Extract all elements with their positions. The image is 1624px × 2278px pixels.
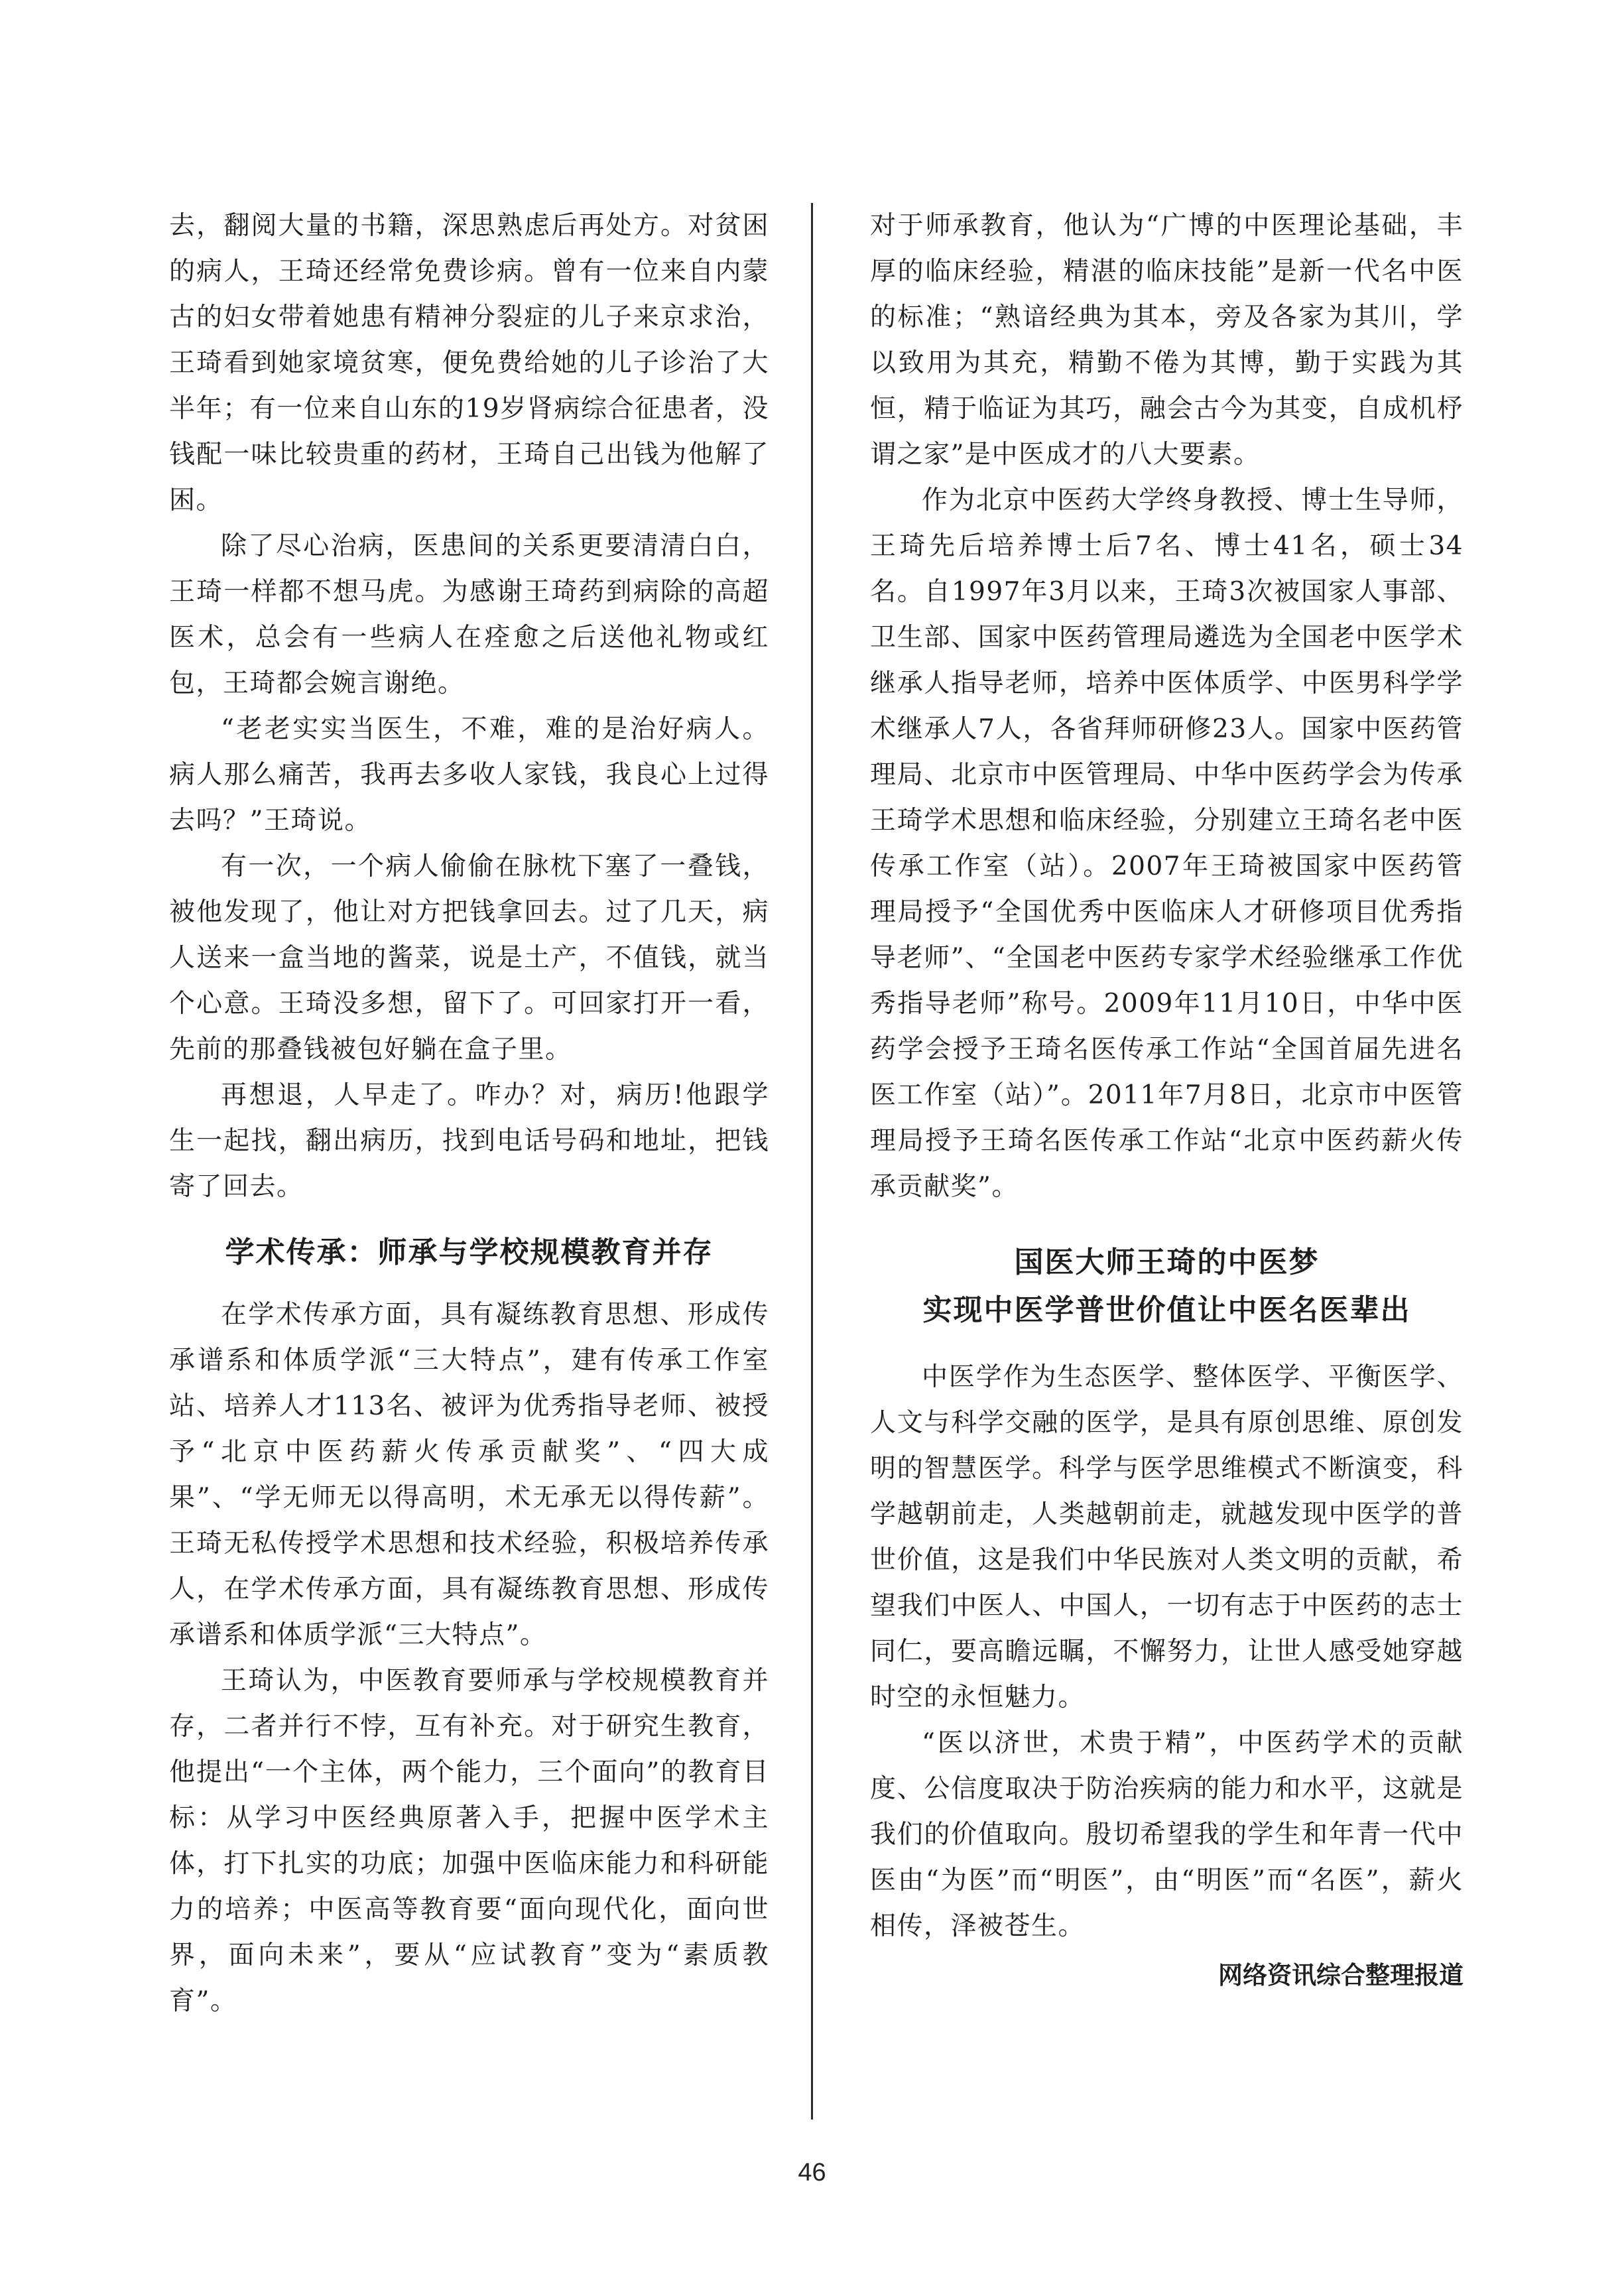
article-title-line1: 国医大师王琦的中医梦 bbox=[870, 1239, 1464, 1287]
right-column: 对于师承教育，他认为“广博的中医理论基础，丰厚的临床经验，精湛的临床技能”是新一… bbox=[870, 203, 1464, 1995]
paragraph: 作为北京中医药大学终身教授、博士生导师，王琦先后培养博士后7名、博士41名，硕士… bbox=[870, 477, 1464, 1210]
paragraph: 中医学作为生态医学、整体医学、平衡医学、人文与科学交融的医学，是具有原创思维、原… bbox=[870, 1354, 1464, 1720]
article-title: 国医大师王琦的中医梦 实现中医学普世价值让中医名医辈出 bbox=[870, 1239, 1464, 1334]
paragraph: 对于师承教育，他认为“广博的中医理论基础，丰厚的临床经验，精湛的临床技能”是新一… bbox=[870, 203, 1464, 477]
paragraph: 王琦认为，中医教育要师承与学校规模教育并存，二者并行不悖，互有补充。对于研究生教… bbox=[169, 1658, 769, 2024]
column-divider bbox=[811, 203, 813, 2120]
section-heading: 学术传承：师承与学校规模教育并存 bbox=[169, 1230, 769, 1276]
byline: 网络资讯综合整理报道 bbox=[870, 1956, 1464, 1995]
article-title-line2: 实现中医学普世价值让中医名医辈出 bbox=[870, 1287, 1464, 1334]
paragraph: 在学术传承方面，具有凝练教育思想、形成传承谱系和体质学派“三大特点”，建有传承工… bbox=[169, 1292, 769, 1658]
left-column: 去，翻阅大量的书籍，深思熟虑后再处方。对贫困的病人，王琦还经常免费诊病。曾有一位… bbox=[169, 203, 769, 2024]
paragraph: 再想退，人早走了。咋办？对，病历!他跟学生一起找，翻出病历，找到电话号码和地址，… bbox=[169, 1072, 769, 1210]
paragraph: 去，翻阅大量的书籍，深思熟虑后再处方。对贫困的病人，王琦还经常免费诊病。曾有一位… bbox=[169, 203, 769, 523]
paragraph: “医以济世，术贵于精”，中医药学术的贡献度、公信度取决于防治疾病的能力和水平，这… bbox=[870, 1720, 1464, 1949]
page-number: 46 bbox=[0, 2159, 1624, 2187]
paragraph: 有一次，一个病人偷偷在脉枕下塞了一叠钱，被他发现了，他让对方把钱拿回去。过了几天… bbox=[169, 844, 769, 1072]
paragraph: 除了尽心治病，医患间的关系更要清清白白，王琦一样都不想马虎。为感谢王琦药到病除的… bbox=[169, 523, 769, 706]
paragraph: “老老实实当医生，不难，难的是治好病人。病人那么痛苦，我再去多收人家钱，我良心上… bbox=[169, 706, 769, 844]
